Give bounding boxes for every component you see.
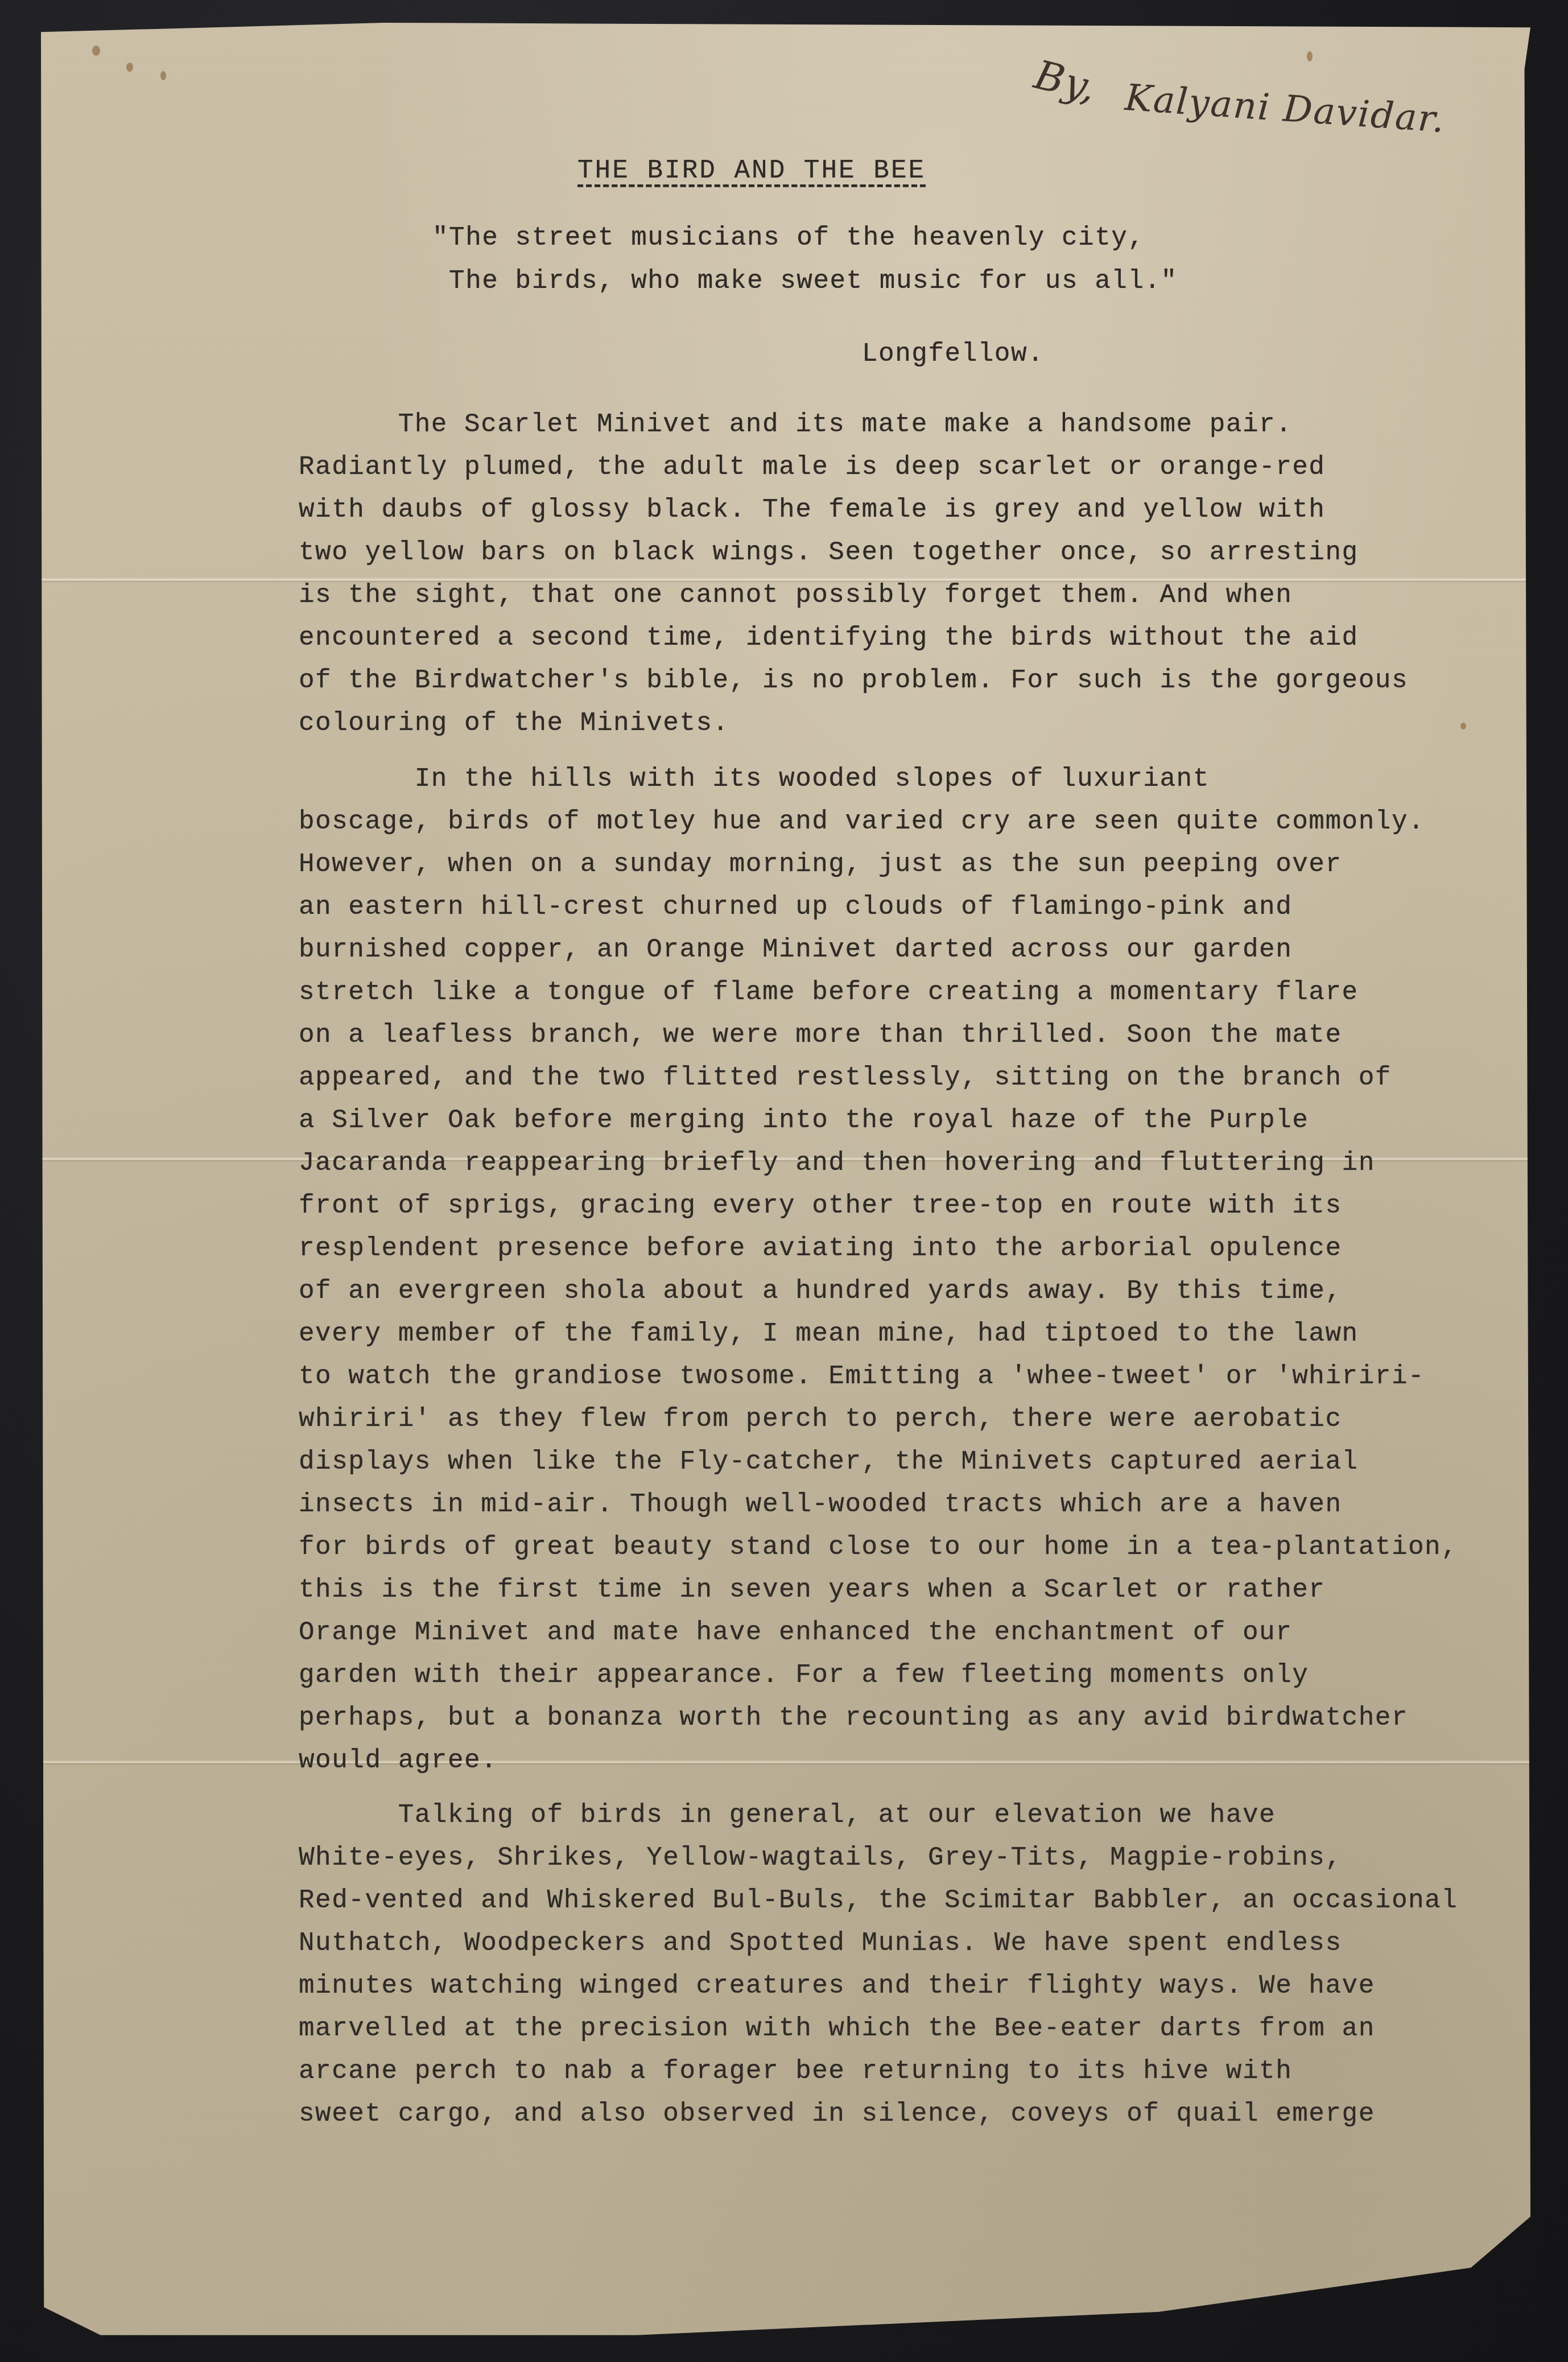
paragraph-3-line: arcane perch to nab a forager bee return… — [299, 2056, 1292, 2086]
paragraph-2-line: every member of the family, I mean mine,… — [299, 1319, 1359, 1349]
paragraph-2-line: this is the first time in seven years wh… — [299, 1575, 1325, 1605]
paragraph-1-line: colouring of the Minivets. — [299, 708, 729, 738]
epigraph-line: The birds, who make sweet music for us a… — [432, 266, 1178, 296]
paragraph-3-line: White-eyes, Shrikes, Yellow-wagtails, Gr… — [299, 1843, 1342, 1873]
paragraph-1-line: Radiantly plumed, the adult male is deep… — [299, 452, 1325, 482]
paragraph-2-line: a Silver Oak before merging into the roy… — [299, 1106, 1309, 1135]
foxing-stain — [92, 46, 100, 56]
paragraph-2-line: Jacaranda reappearing briefly and then h… — [299, 1148, 1375, 1178]
paragraph-2-line: resplendent presence before aviating int… — [299, 1234, 1342, 1263]
paragraph-2-line: In the hills with its wooded slopes of l… — [299, 764, 1210, 794]
paragraph-3-line: Talking of birds in general, at our elev… — [299, 1800, 1276, 1830]
paragraph-3-line: minutes watching winged creatures and th… — [299, 1971, 1375, 2001]
paragraph-2-line: However, when on a sunday morning, just … — [299, 850, 1342, 879]
paragraph-3-line: Nuthatch, Woodpeckers and Spotted Munias… — [299, 1928, 1342, 1958]
foxing-stain — [1460, 723, 1466, 729]
paragraph-1-line: two yellow bars on black wings. Seen tog… — [299, 538, 1359, 567]
paragraph-2-line: of an evergreen shola about a hundred ya… — [299, 1276, 1342, 1306]
paragraph-2-line: stretch like a tongue of flame before cr… — [299, 978, 1359, 1007]
paragraph-2-line: for birds of great beauty stand close to… — [299, 1532, 1458, 1562]
paragraph-2-line: to watch the grandiose twosome. Emitting… — [299, 1362, 1425, 1391]
paragraph-2-line: appeared, and the two flitted restlessly… — [299, 1063, 1392, 1093]
foxing-stain — [126, 63, 133, 72]
paragraph-2-line: burnished copper, an Orange Minivet dart… — [299, 935, 1292, 964]
paragraph-2-line: on a leafless branch, we were more than … — [299, 1020, 1342, 1050]
foxing-stain — [160, 71, 166, 80]
paragraph-2-line: an eastern hill-crest churned up clouds … — [299, 892, 1292, 922]
epigraph-line: "The street musicians of the heavenly ci… — [432, 223, 1145, 253]
paragraph-2-line: displays when like the Fly-catcher, the … — [299, 1447, 1359, 1477]
foxing-stain — [1307, 51, 1313, 61]
paragraph-3-line: Red-vented and Whiskered Bul-Buls, the S… — [299, 1886, 1458, 1915]
paragraph-1-line: is the sight, that one cannot possibly f… — [299, 580, 1292, 610]
paragraph-2-line: boscage, birds of motley hue and varied … — [299, 807, 1425, 836]
paper-fold-crease — [41, 1760, 1530, 1766]
document-title: THE BIRD AND THE BEE — [577, 156, 926, 186]
paragraph-3-line: sweet cargo, and also observed in silenc… — [299, 2099, 1375, 2129]
paragraph-1-line: The Scarlet Minivet and its mate make a … — [299, 410, 1292, 439]
paragraph-1-line: with daubs of glossy black. The female i… — [299, 495, 1325, 525]
paragraph-2-line: garden with their appearance. For a few … — [299, 1660, 1309, 1690]
paragraph-2-line: would agree. — [299, 1746, 497, 1775]
paragraph-2-line: perhaps, but a bonanza worth the recount… — [299, 1703, 1408, 1733]
paragraph-1-line: encountered a second time, identifying t… — [299, 623, 1359, 653]
paragraph-1-line: of the Birdwatcher's bible, is no proble… — [299, 666, 1408, 695]
paragraph-3-line: marvelled at the precision with which th… — [299, 2014, 1375, 2043]
paragraph-2-line: Orange Minivet and mate have enhanced th… — [299, 1618, 1292, 1647]
paragraph-2-line: whiriri' as they flew from perch to perc… — [299, 1404, 1342, 1434]
paragraph-2-line: front of sprigs, gracing every other tre… — [299, 1191, 1342, 1221]
paragraph-2-line: insects in mid-air. Though well-wooded t… — [299, 1490, 1342, 1519]
epigraph-attribution: Longfellow. — [862, 339, 1044, 369]
